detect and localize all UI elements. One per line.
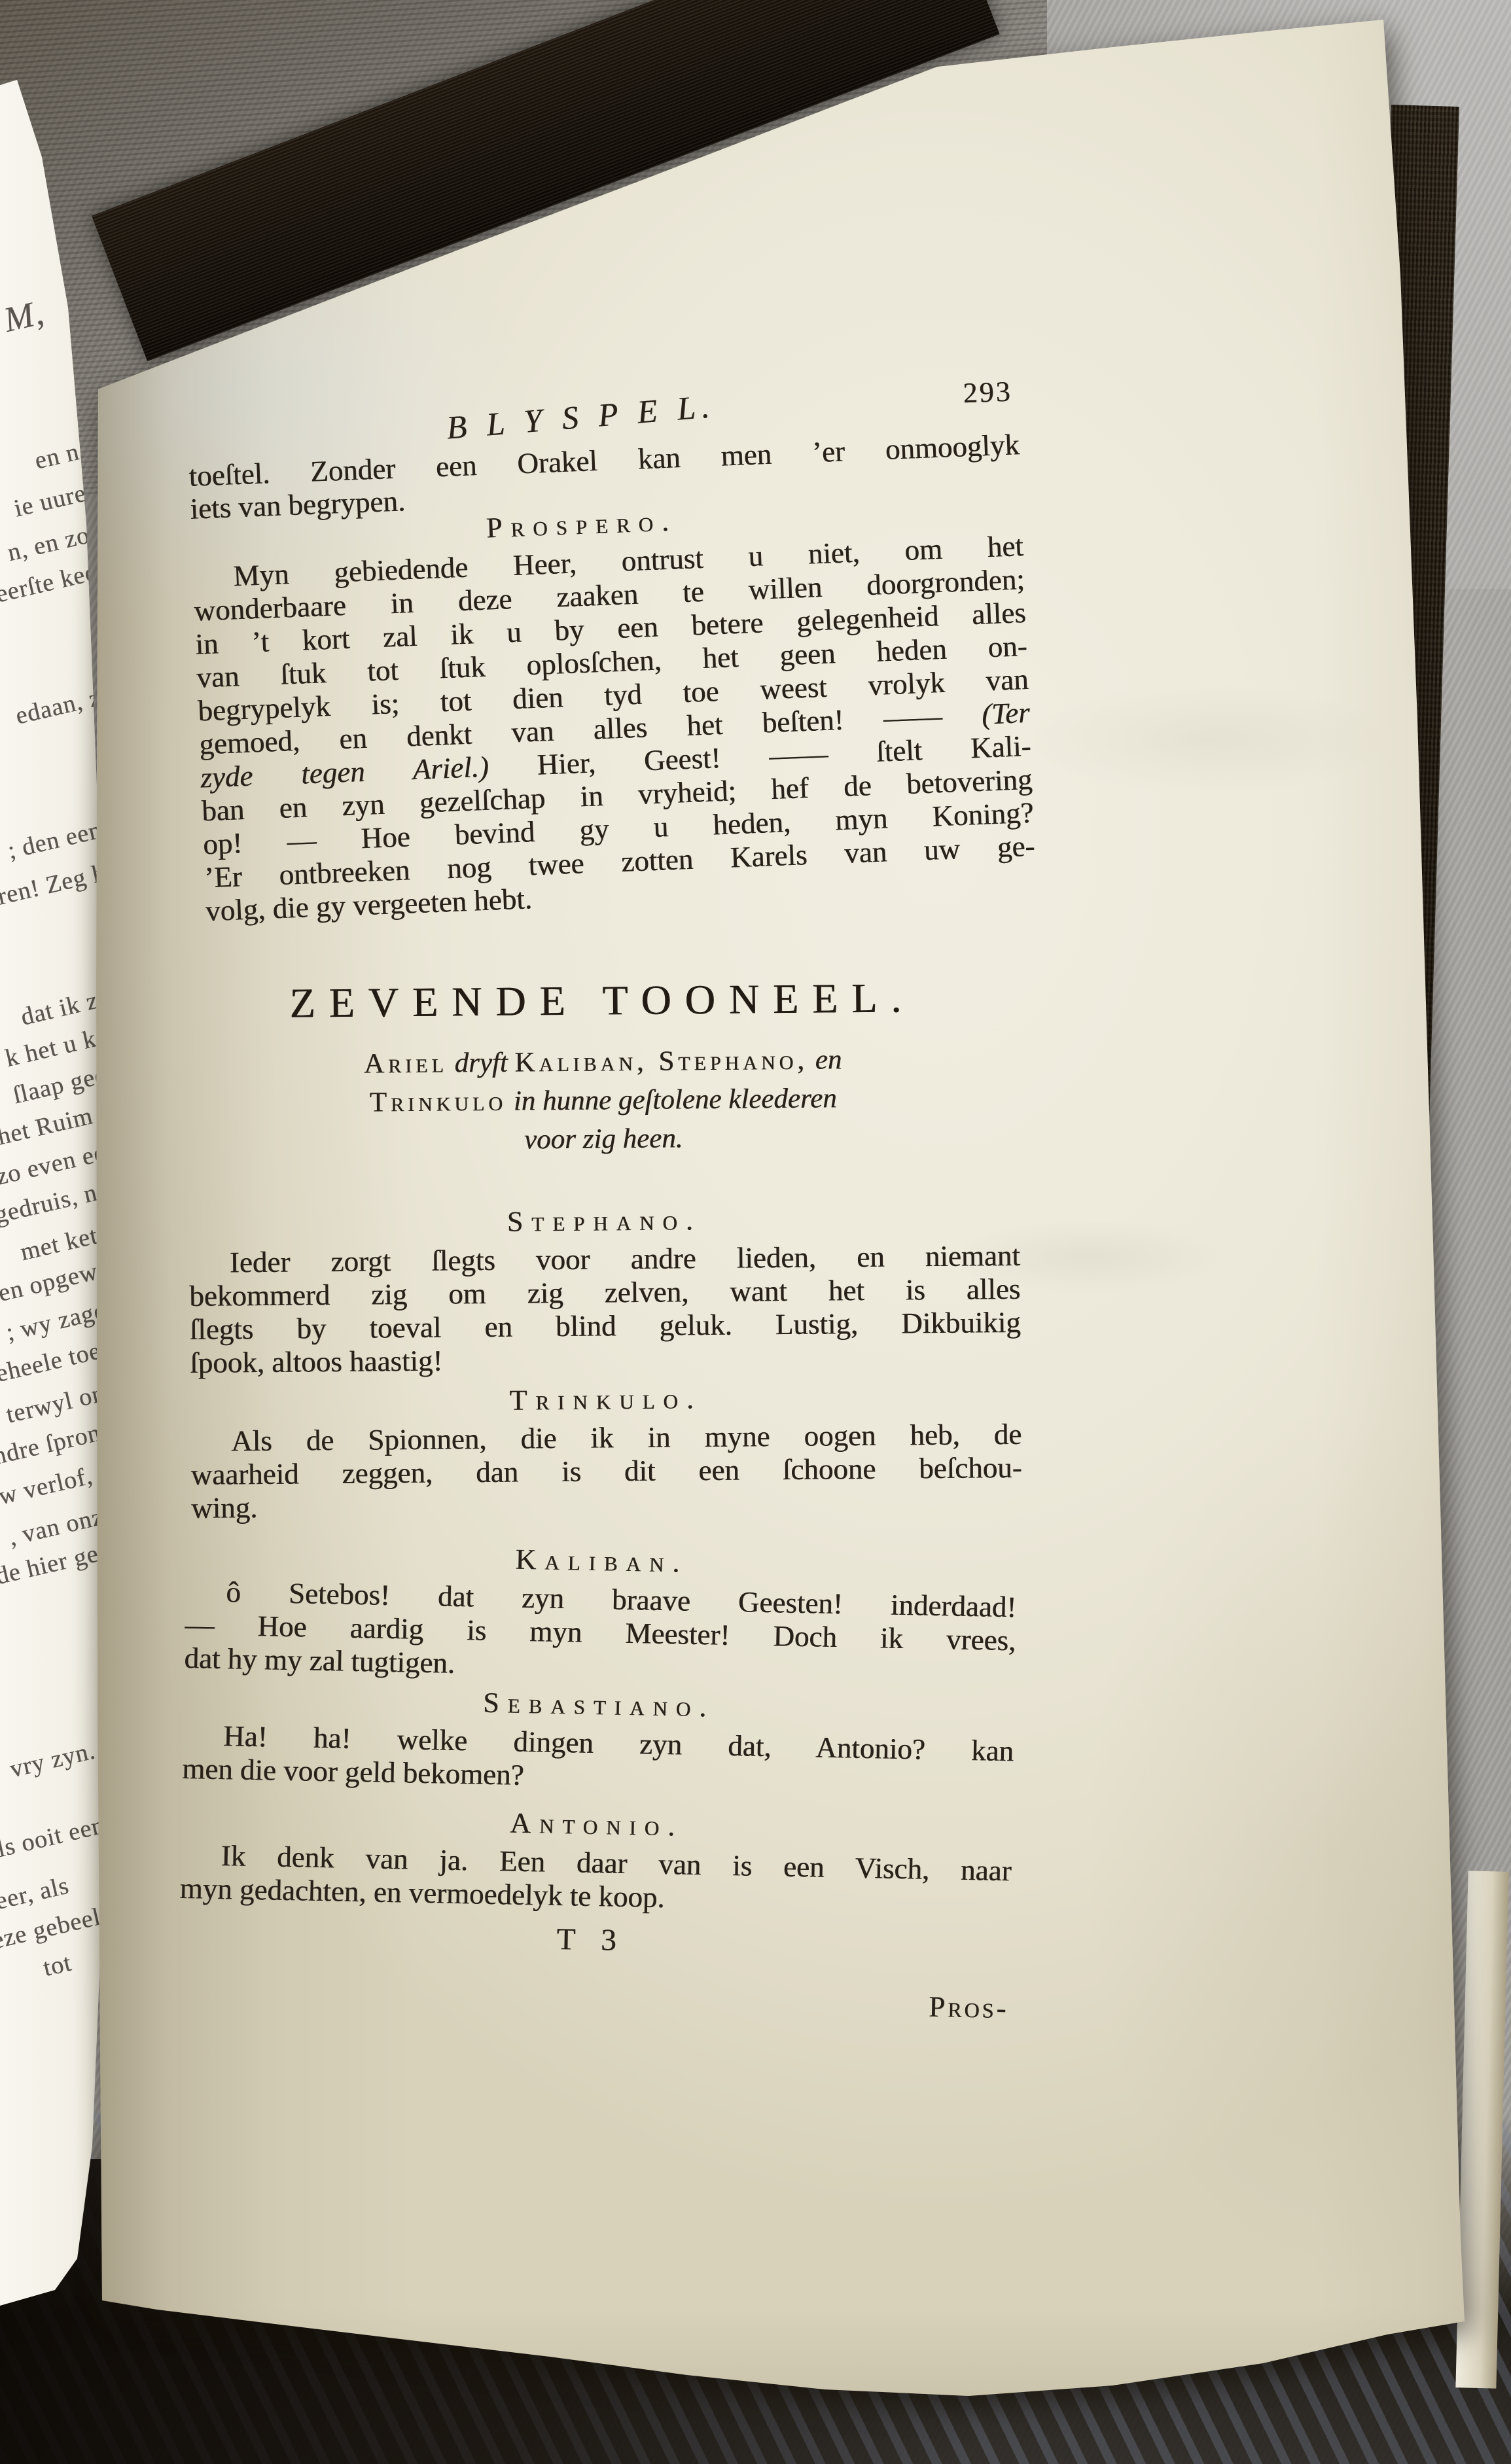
text-segment-italic: dryft: [447, 1047, 514, 1079]
kaliban-speech: ô Setebos! dat zyn braave Geesten! inder…: [184, 1575, 1017, 1691]
character-name: Trinkulo: [369, 1086, 507, 1118]
scene-heading: ZEVENDE TOONEEL.: [187, 971, 1018, 1030]
speaker-heading-kaliban: Kaliban.: [186, 1539, 1018, 1583]
speaker-heading-antonio: Antonio.: [181, 1803, 1012, 1847]
text-segment-italic: zyde tegen Ariel.): [200, 750, 489, 794]
character-name: Kaliban, Stephano,: [514, 1045, 808, 1078]
speaker-heading-trinkulo: Trinkulo.: [190, 1382, 1021, 1418]
running-title: B L Y S P E L.: [445, 389, 717, 445]
photo-scene: M,en na deie uuren un, en zo veerſte kee…: [0, 0, 1511, 2464]
stephano-speech: Ieder zorgt ſlegts voor andre lieden, en…: [189, 1239, 1022, 1380]
text-line: op! — Hoe bevind gy u heden, myn Koning?: [202, 796, 1034, 862]
text-line: van ſtuk tot ſtuk oplosſchen, het geen h…: [196, 629, 1027, 695]
text-line: — Hoe aardig is myn Meester! Doch ik vre…: [185, 1608, 1016, 1657]
text-line: volg, die gy vergeeten hebt.: [205, 863, 1037, 928]
text-line: Ha! ha! welke dingen zyn dat, Antonio? k…: [183, 1719, 1014, 1768]
text-segment-italic: voor zig heen.: [524, 1123, 683, 1155]
text-line: in ’t kort zal ik u by een betere gelege…: [194, 596, 1026, 661]
signature-mark: T 3: [556, 1923, 626, 1958]
text-line: men die voor geld bekomen?: [182, 1752, 1014, 1801]
running-head: B L Y S P E L. 293: [187, 383, 1018, 452]
carryover-paragraph: toeſtel. Zonder een Orakel kan men ’er o…: [188, 428, 1022, 525]
text-line: myn gedachten, en vermoedelyk te koop.: [179, 1872, 1011, 1921]
text-line: ban en zyn gezelſchap in vryheid; hef de…: [201, 763, 1033, 828]
text-line: Ik denk van ja. Een daar van is een Visc…: [180, 1839, 1012, 1888]
antonio-speech: Ik denk van ja. Een daar van is een Visc…: [179, 1839, 1012, 1921]
trinkulo-speech: Als de Spionnen, die ik in myne oogen he…: [190, 1418, 1022, 1525]
stage-direction: Ariel dryft Kaliban, Stephano, en Trinku…: [187, 1039, 1019, 1162]
catchword: Pros-: [929, 1990, 1009, 2025]
book-page: B L Y S P E L. 293 toeſtel. Zonder een O…: [0, 0, 1511, 2464]
text-line: bekommerd zig om zig zelven, want het is…: [189, 1273, 1020, 1313]
stage-direction-line: Ariel dryft Kaliban, Stephano, en: [187, 1039, 1018, 1085]
page-footer: T 3 Pros-: [179, 1916, 1010, 1971]
text-line: Als de Spionnen, die ik in myne oogen he…: [190, 1418, 1022, 1458]
text-line: ſlegts by toeval en blind geluk. Lustig,…: [189, 1306, 1020, 1346]
text-block-middle: ZEVENDE TOONEEL. Ariel dryft Kaliban, St…: [187, 971, 1022, 1525]
text-line: zyde tegen Ariel.) Hier, Geest! —— ſtelt…: [200, 730, 1031, 795]
text-line: ’Er ontbreeken nog twee zotten Karels va…: [204, 830, 1035, 895]
text-line: Myn gebiedende Heer, ontrust u niet, om …: [192, 529, 1024, 595]
speaker-heading-prospero: Prospero.: [166, 495, 997, 555]
text-segment: gemoed, en denkt van alles het beſten! —…: [198, 698, 982, 761]
character-name: Ariel: [364, 1048, 448, 1080]
text-segment-italic: en: [808, 1044, 842, 1075]
page-number: 293: [963, 375, 1013, 410]
sebastiano-speech: Ha! ha! welke dingen zyn dat, Antonio? k…: [182, 1719, 1014, 1801]
text-line: gemoed, en denkt van alles het beſten! —…: [198, 696, 1030, 762]
text-line: iets van begrypen.: [190, 461, 1022, 525]
text-line: wing.: [191, 1485, 1022, 1525]
text-segment-italic: in hunne geſtolene kleederen: [507, 1083, 837, 1116]
text-line: wonderbaare in deze zaaken te willen doo…: [194, 563, 1025, 628]
text-line: waarheid zeggen, dan is dit een ſchoone …: [190, 1451, 1022, 1492]
speaker-heading-stephano: Stephano.: [188, 1203, 1020, 1239]
text-line: ô Setebos! dat zyn braave Geesten! inder…: [185, 1575, 1017, 1624]
prospero-speech: Myn gebiedende Heer, ontrust u niet, om …: [192, 529, 1037, 928]
speaker-heading-sebastiano: Sebastiano.: [183, 1683, 1015, 1727]
text-block-bottom: Kaliban. ô Setebos! dat zyn braave Geest…: [179, 1539, 1018, 1971]
stage-direction-line: Trinkulo in hunne geſtolene kleederen: [187, 1078, 1018, 1123]
text-block-top: B L Y S P E L. 293 toeſtel. Zonder een O…: [187, 383, 1037, 928]
text-segment-italic: (Ter: [981, 696, 1030, 731]
text-line: ſpook, altoos haastig!: [190, 1339, 1021, 1380]
text-line: Ieder zorgt ſlegts voor andre lieden, en…: [189, 1239, 1020, 1280]
text-line: begrypelyk is; tot dien tyd toe weest vr…: [197, 663, 1029, 728]
text-line: toeſtel. Zonder een Orakel kan men ’er o…: [188, 428, 1020, 493]
text-line: dat hy my zal tugtigen.: [184, 1642, 1016, 1691]
text-segment: Hier, Geest! —— ſtelt Kali-: [488, 730, 1032, 783]
stage-direction-line: voor zig heen.: [188, 1116, 1019, 1162]
page-wrap: B L Y S P E L. 293 toeſtel. Zonder een O…: [0, 0, 1511, 2464]
